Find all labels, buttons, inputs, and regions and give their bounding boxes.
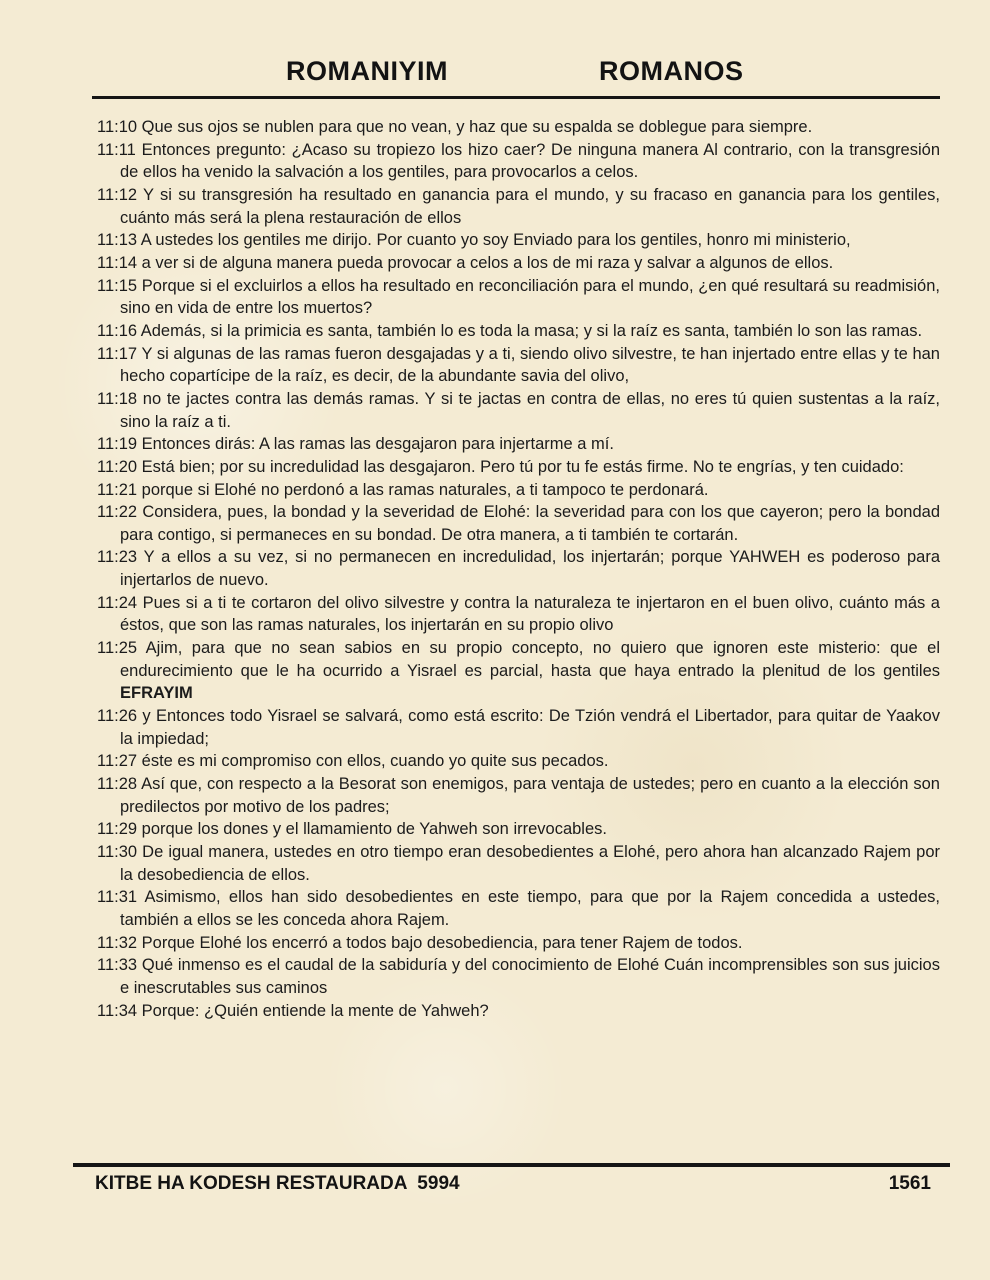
verse-11-11: 11:11 Entonces pregunto: ¿Acaso su tropi… [97, 139, 940, 184]
verse-11-30: 11:30 De igual manera, ustedes en otro t… [97, 841, 940, 886]
verse-11-12: 11:12 Y si su transgresión ha resultado … [97, 184, 940, 229]
verse-bold-term: EFRAYIM [120, 684, 193, 702]
verse-11-29: 11:29 porque los dones y el llamamiento … [97, 818, 940, 841]
verse-11-21: 11:21 porque si Elohé no perdonó a las r… [97, 479, 940, 502]
verse-11-27: 11:27 éste es mi compromiso con ellos, c… [97, 750, 940, 773]
verse-11-20: 11:20 Está bien; por su incredulidad las… [97, 456, 940, 479]
verse-11-16: 11:16 Además, si la primicia es santa, t… [97, 320, 940, 343]
verse-11-14: 11:14 a ver si de alguna manera pueda pr… [97, 252, 940, 275]
verse-11-26: 11:26 y Entonces todo Yisrael se salvará… [97, 705, 940, 750]
verse-11-17: 11:17 Y si algunas de las ramas fueron d… [97, 343, 940, 388]
verse-11-15: 11:15 Porque si el excluirlos a ellos ha… [97, 275, 940, 320]
document-page: ROMANIYIM ROMANOS 11:10 Que sus ojos se … [0, 0, 990, 1280]
verse-11-33: 11:33 Qué inmenso es el caudal de la sab… [97, 954, 940, 999]
verse-11-28: 11:28 Así que, con respecto a la Besorat… [97, 773, 940, 818]
verse-11-13: 11:13 A ustedes los gentiles me dirijo. … [97, 229, 940, 252]
verse-11-10: 11:10 Que sus ojos se nublen para que no… [97, 116, 940, 139]
page-title-right: ROMANOS [599, 56, 744, 87]
verse-11-18: 11:18 no te jactes contra las demás rama… [97, 388, 940, 433]
verse-11-24: 11:24 Pues si a ti te cortaron del olivo… [97, 592, 940, 637]
verse-11-34: 11:34 Porque: ¿Quién entiende la mente d… [97, 1000, 940, 1023]
verse-list: 11:10 Que sus ojos se nublen para que no… [97, 116, 940, 1022]
footer-rule [73, 1163, 950, 1167]
footer-page-number: 1561 [889, 1173, 931, 1195]
header-rule [92, 96, 940, 99]
page-title-left: ROMANIYIM [286, 56, 448, 87]
verse-11-23: 11:23 Y a ellos a su vez, si no permanec… [97, 546, 940, 591]
footer-edition-label: KITBE HA KODESH RESTAURADA 5994 [95, 1173, 460, 1195]
verse-11-22: 11:22 Considera, pues, la bondad y la se… [97, 501, 940, 546]
verse-11-19: 11:19 Entonces dirás: A las ramas las de… [97, 433, 940, 456]
verse-11-25: 11:25 Ajim, para que no sean sabios en s… [97, 637, 940, 705]
verse-11-31: 11:31 Asimismo, ellos han sido desobedie… [97, 886, 940, 931]
verse-11-32: 11:32 Porque Elohé los encerró a todos b… [97, 932, 940, 955]
